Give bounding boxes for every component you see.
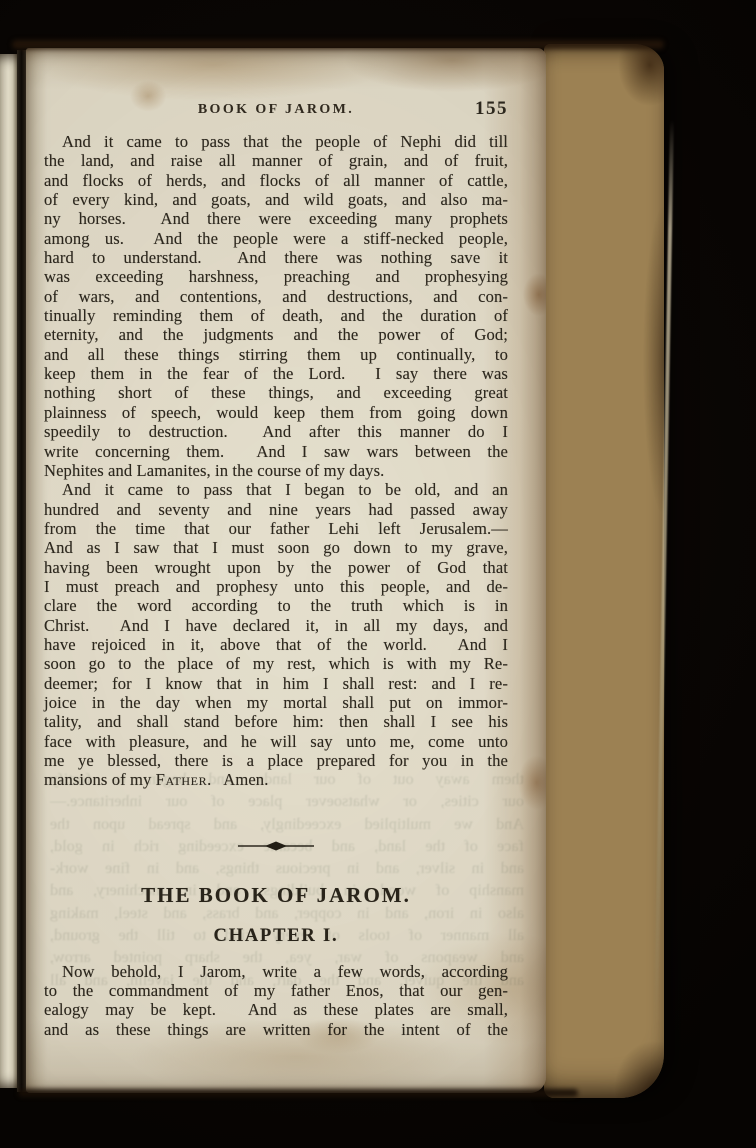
text-line: Nephites and Lamanites, in the course of… (44, 461, 508, 480)
text-line: clare the word according to the truth wh… (44, 596, 508, 615)
text-line: ny horses. And there were exceeding many… (44, 209, 508, 228)
text-line-father-amen: mansions of my Father. Amen. (44, 770, 508, 789)
text-line: hard to understand. And there was nothin… (44, 248, 508, 267)
text-line: And as I saw that I must soon go down to… (44, 538, 508, 557)
divider-ornament (237, 841, 315, 851)
text-line: And it came to pass that the people of N… (44, 132, 508, 151)
text-segment: mansions of my (44, 770, 156, 789)
text-line: tality, and shall stand before him: then… (44, 712, 508, 731)
text-line: write concerning them. And I saw wars be… (44, 442, 508, 461)
text-line: have rejoiced in it, above that of the w… (44, 635, 508, 654)
section-divider (44, 836, 508, 846)
text-line: the land, and raise all manner of grain,… (44, 151, 508, 170)
text-line: deemer; for I know that in him I shall r… (44, 674, 508, 693)
text-line: me ye blessed, there is a place prepared… (44, 751, 508, 770)
text-line: having been wrought upon by the power of… (44, 558, 508, 577)
text-line: Christ. And I have declared it, in all m… (44, 616, 508, 635)
text-line: joice in the day when my mortal shall pu… (44, 693, 508, 712)
text-line: nothing short of these things, and excee… (44, 383, 508, 402)
book-page: them away out of our lands, and began to… (26, 48, 546, 1093)
text-line: of wars, and contentions, and destructio… (44, 287, 508, 306)
book-bottom-edge-shadow (18, 1089, 578, 1097)
text-line: from the time that our father Lehi left … (44, 519, 508, 538)
text-segment: . Amen. (207, 770, 268, 789)
text-line: face with pleasure, and he will say unto… (44, 732, 508, 751)
chapter-heading: CHAPTER I. (44, 924, 508, 948)
facing-page-sliver (0, 54, 18, 1088)
text-line: among us. And the people were a stiff-ne… (44, 229, 508, 248)
text-line: to the commandment of my father Enos, th… (44, 981, 508, 1000)
book-photo-scene: them away out of our lands, and began to… (0, 0, 756, 1148)
body-text: And it came to pass that the people of N… (44, 132, 508, 1039)
text-line: hundred and seventy and nine years had p… (44, 500, 508, 519)
text-line: I must preach and prophesy unto this peo… (44, 577, 508, 596)
text-line: was exceeding harshness, preaching and p… (44, 267, 508, 286)
text-line: speedily to destruction. And after this … (44, 422, 508, 441)
text-line: plainness of speech, would keep them fro… (44, 403, 508, 422)
small-caps-word: Father (156, 770, 208, 789)
page-number: 155 (475, 96, 508, 122)
text-line: and all these things stirring them up co… (44, 345, 508, 364)
running-head: BOOK OF JAROM. 155 (44, 98, 508, 122)
text-line: soon go to the place of my rest, which i… (44, 654, 508, 673)
text-line: and as these things are written for the … (44, 1020, 508, 1039)
text-line: And it came to pass that I began to be o… (44, 480, 508, 499)
text-line: Now behold, I Jarom, write a few words, … (44, 962, 508, 981)
running-title: BOOK OF JAROM. (44, 98, 508, 122)
text-line: tinually reminding them of death, and th… (44, 306, 508, 325)
fore-edge-page-stack (544, 44, 664, 1098)
text-line: keep them in the fear of the Lord. I say… (44, 364, 508, 383)
text-line: of every kind, and goats, and wild goats… (44, 190, 508, 209)
text-line: and flocks of herds, and flocks of all m… (44, 171, 508, 190)
chapter-paragraph: Now behold, I Jarom, write a few words, … (44, 962, 508, 1039)
book-top-edge-shadow (12, 40, 664, 49)
text-line: eternity, and the judgments and the powe… (44, 325, 508, 344)
section-title: THE BOOK OF JAROM. (44, 882, 508, 908)
text-line: ealogy may be kept. And as these plates … (44, 1000, 508, 1019)
